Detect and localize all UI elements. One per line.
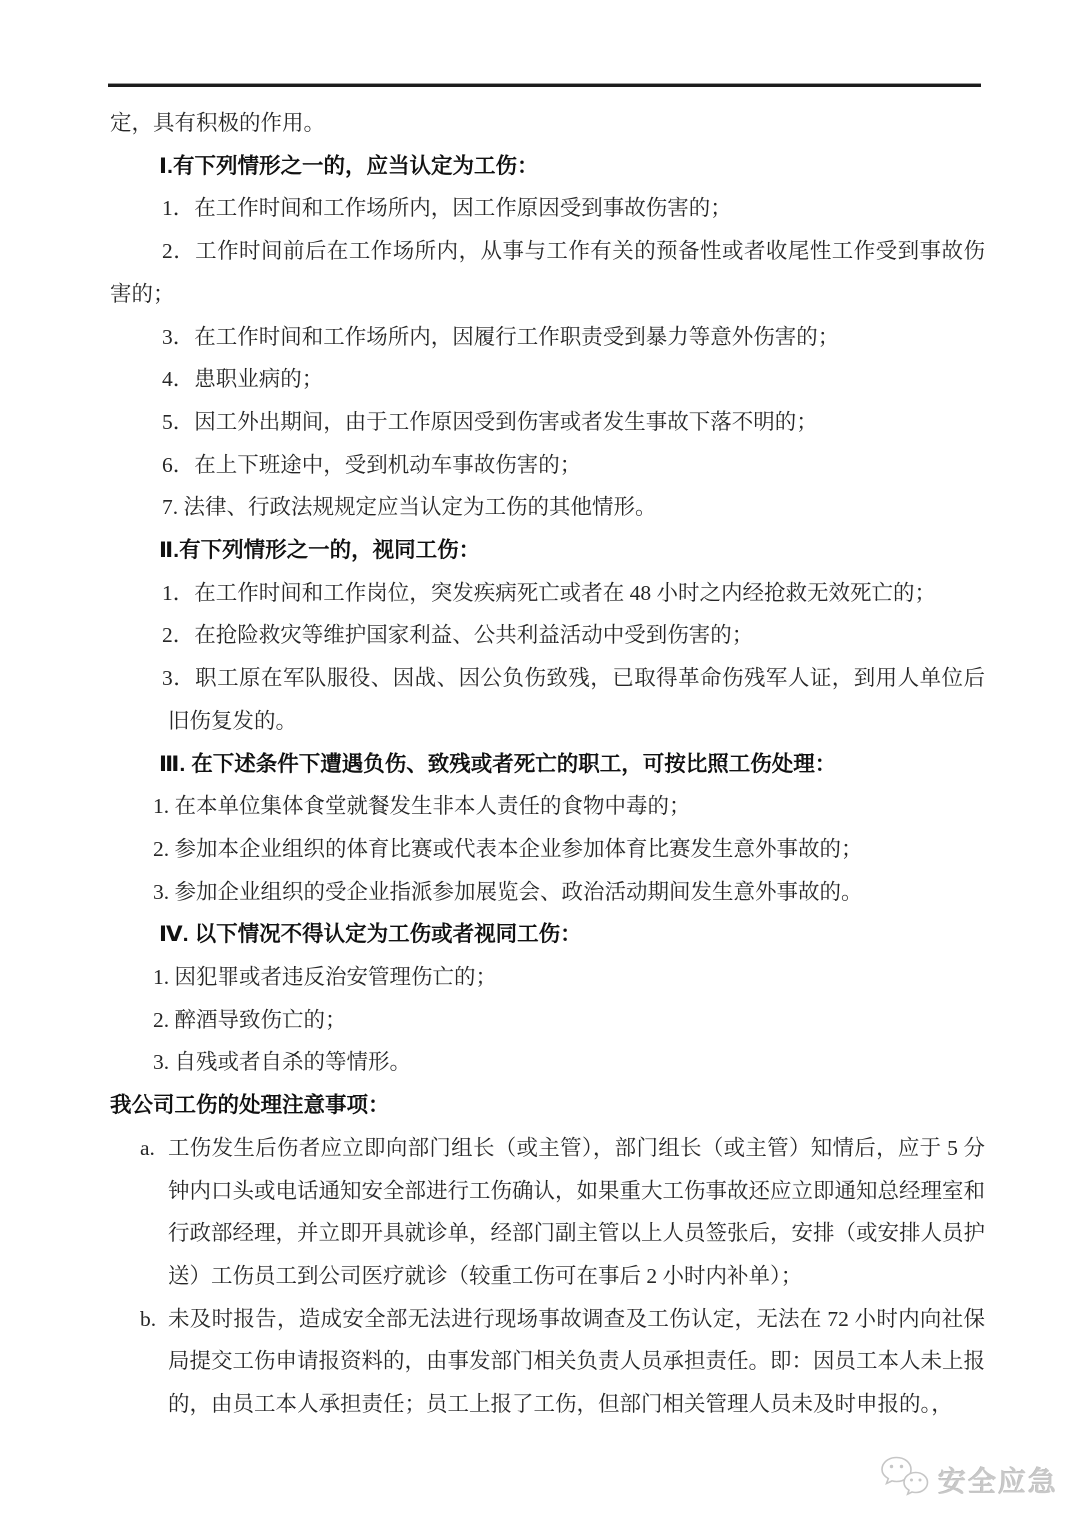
list-item: 3．在工作时间和工作场所内，因履行工作职责受到暴力等意外伤害的； <box>110 316 985 359</box>
note-text: 未及时报告，造成安全部无法进行现场事故调查及工伤认定，无法在 72 小时内向社保… <box>168 1307 985 1416</box>
notes-list: a. 工伤发生后伤者应立即向部门组长（或主管），部门组长（或主管）知情后，应于 … <box>110 1127 985 1426</box>
list-item: 2．工作时间前后在工作场所内，从事与工作有关的预备性或者收尾性工作受到事故伤害的… <box>110 230 985 315</box>
section-1-heading: Ⅰ.有下列情形之一的，应当认定为工伤： <box>110 145 985 188</box>
section-2-heading: Ⅱ.有下列情形之一的，视同工伤： <box>110 529 985 572</box>
list-item: 7. 法律、行政法规规定应当认定为工伤的其他情形。 <box>110 486 985 529</box>
list-item: 1．在工作时间和工作场所内，因工作原因受到事故伤害的； <box>110 187 985 230</box>
note-item-b: b. 未及时报告，造成安全部无法进行现场事故调查及工伤认定，无法在 72 小时内… <box>168 1298 985 1426</box>
document-body: 定，具有积极的作用。 Ⅰ.有下列情形之一的，应当认定为工伤： 1．在工作时间和工… <box>110 102 985 1426</box>
list-item: 2. 醉酒导致伤亡的； <box>110 999 985 1042</box>
header-rule <box>108 83 981 87</box>
wechat-icon <box>880 1455 930 1504</box>
notes-heading: 我公司工伤的处理注意事项： <box>110 1084 985 1127</box>
section-3-heading: Ⅲ. 在下述条件下遭遇负伤、致残或者死亡的职工，可按比照工伤处理： <box>110 743 985 786</box>
intro-line: 定，具有积极的作用。 <box>110 102 985 145</box>
list-item: 3. 自残或者自杀的等情形。 <box>110 1041 985 1084</box>
note-marker: b. <box>140 1298 156 1341</box>
watermark-label: 安全应急 <box>938 1460 1058 1500</box>
list-item: 2. 参加本企业组织的体育比赛或代表本企业参加体育比赛发生意外事故的； <box>110 828 985 871</box>
list-item: 4．患职业病的； <box>110 358 985 401</box>
note-text: 工伤发生后伤者应立即向部门组长（或主管），部门组长（或主管）知情后，应于 5 分… <box>168 1136 985 1288</box>
list-item: 1. 在本单位集体食堂就餐发生非本人责任的食物中毒的； <box>110 785 985 828</box>
note-item-a: a. 工伤发生后伤者应立即向部门组长（或主管），部门组长（或主管）知情后，应于 … <box>168 1127 985 1298</box>
list-item: 2．在抢险救灾等维护国家利益、公共利益活动中受到伤害的； <box>110 614 985 657</box>
note-marker: a. <box>140 1127 155 1170</box>
watermark: 安全应急 <box>880 1455 1058 1504</box>
list-item: 5．因工外出期间，由于工作原因受到伤害或者发生事故下落不明的； <box>110 401 985 444</box>
list-item: 1．在工作时间和工作岗位，突发疾病死亡或者在 48 小时之内经抢救无效死亡的； <box>110 572 985 615</box>
list-item: 1. 因犯罪或者违反治安管理伤亡的； <box>110 956 985 999</box>
list-item: 3. 参加企业组织的受企业指派参加展览会、政治活动期间发生意外事故的。 <box>110 871 985 914</box>
list-item: 3．职工原在军队服役、因战、因公负伤致残，已取得革命伤残军人证，到用人单位后旧伤… <box>168 657 985 742</box>
section-4-heading: Ⅳ. 以下情况不得认定为工伤或者视同工伤： <box>110 913 985 956</box>
document-page: 定，具有积极的作用。 Ⅰ.有下列情形之一的，应当认定为工伤： 1．在工作时间和工… <box>0 0 1080 1527</box>
list-item: 6．在上下班途中，受到机动车事故伤害的； <box>110 444 985 487</box>
